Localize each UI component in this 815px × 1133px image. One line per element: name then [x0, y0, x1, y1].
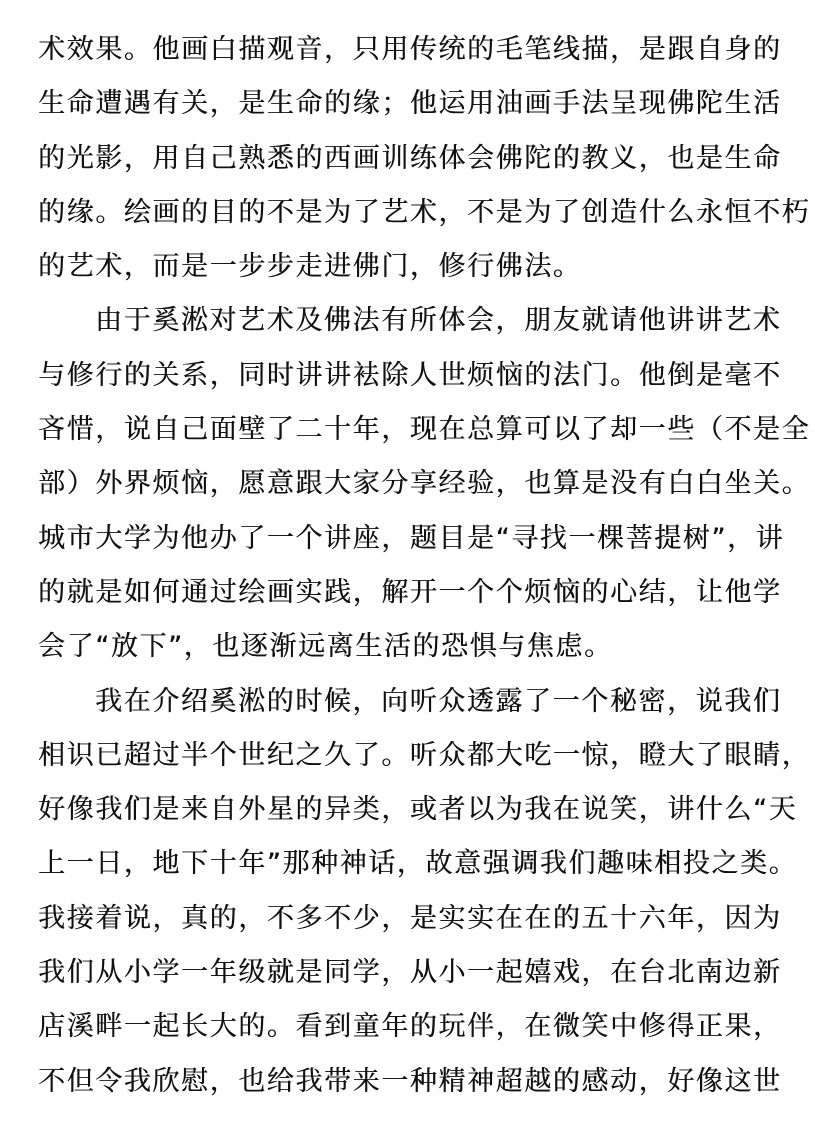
text-line: 店溪畔一起长大的。看到童年的玩伴，在微笑中修得正果，	[38, 1000, 808, 1054]
paragraph-first-line: 由于奚淞对艺术及佛法有所体会，朋友就请他讲讲艺术	[38, 294, 808, 348]
text-line: 我接着说，真的，不多不少，是实实在在的五十六年，因为	[38, 892, 808, 946]
text-line: 术效果。他画白描观音，只用传统的毛笔线描，是跟自身的	[38, 23, 808, 77]
text-line: 会了“放下”，也逐渐远离生活的恐惧与焦虑。	[38, 620, 808, 674]
text-line: 我们从小学一年级就是同学，从小一起嬉戏，在台北南边新	[38, 946, 808, 1000]
document-page: 术效果。他画白描观音，只用传统的毛笔线描，是跟自身的 生命遭遇有关，是生命的缘；…	[0, 0, 815, 1133]
text-line: 不但令我欣慰，也给我带来一种精神超越的感动，好像这世	[38, 1055, 808, 1109]
text-line: 城市大学为他办了一个讲座，题目是“寻找一棵菩提树”，讲	[38, 512, 808, 566]
text-line: 好像我们是来自外星的异类，或者以为我在说笑，讲什么“天	[38, 783, 808, 837]
text-line: 的艺术，而是一步步走进佛门，修行佛法。	[38, 240, 808, 294]
text-line: 相识已超过半个世纪之久了。听众都大吃一惊，瞪大了眼睛，	[38, 729, 808, 783]
text-line: 的光影，用自己熟悉的西画训练体会佛陀的教义，也是生命	[38, 132, 808, 186]
paragraph-first-line: 我在介绍奚淞的时候，向听众透露了一个秘密，说我们	[38, 675, 808, 729]
text-line: 吝惜，说自己面壁了二十年，现在总算可以了却一些（不是全	[38, 403, 808, 457]
text-line: 的就是如何通过绘画实践，解开一个个烦恼的心结，让他学	[38, 566, 808, 620]
body-text: 术效果。他画白描观音，只用传统的毛笔线描，是跟自身的 生命遭遇有关，是生命的缘；…	[38, 23, 808, 1109]
text-line: 上一日，地下十年”那种神话，故意强调我们趣味相投之类。	[38, 837, 808, 891]
text-line: 的缘。绘画的目的不是为了艺术，不是为了创造什么永恒不朽	[38, 186, 808, 240]
text-line: 与修行的关系，同时讲讲袪除人世烦恼的法门。他倒是毫不	[38, 349, 808, 403]
text-line: 生命遭遇有关，是生命的缘；他运用油画手法呈现佛陀生活	[38, 77, 808, 131]
text-line: 部）外界烦恼，愿意跟大家分享经验，也算是没有白白坐关。	[38, 457, 808, 511]
